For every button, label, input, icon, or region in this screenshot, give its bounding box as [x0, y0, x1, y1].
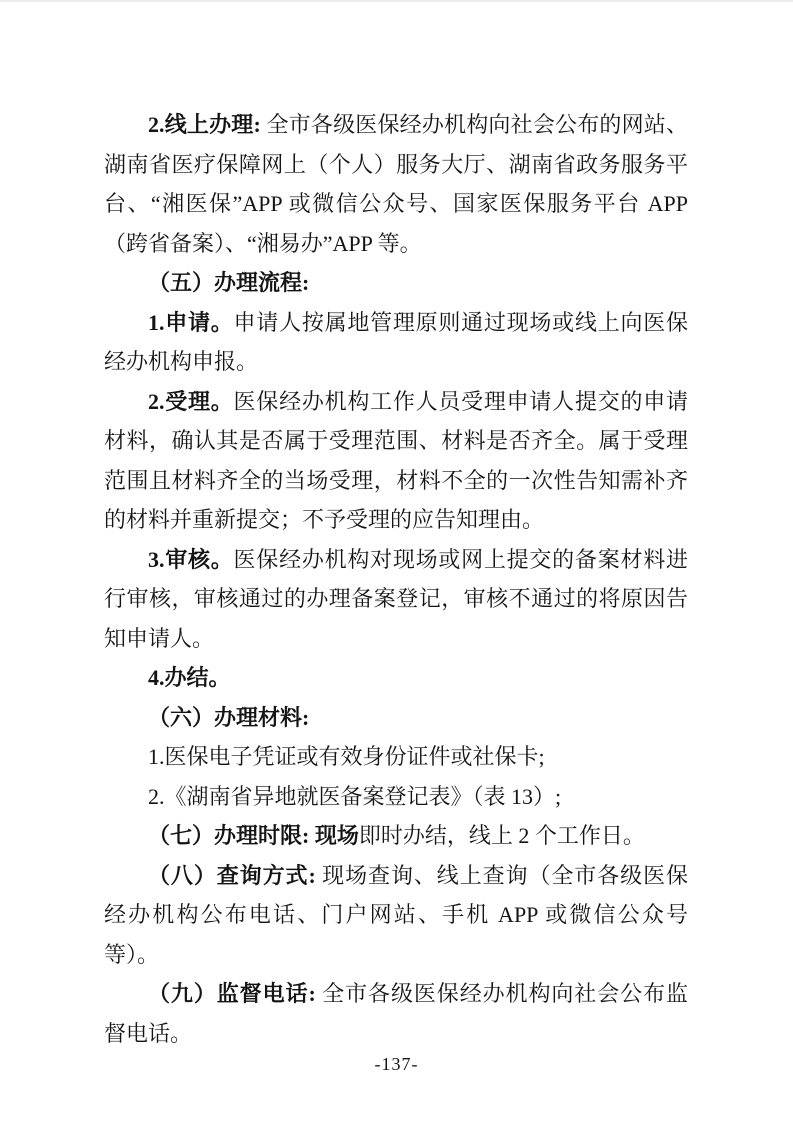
- heading-processing-flow: （五）办理流程:: [104, 263, 688, 303]
- para-time-limit-text: 即时办结，线上 2 个工作日。: [359, 823, 645, 848]
- heading-processing-materials: （六）办理材料:: [104, 698, 688, 738]
- para-inquiry-method: （八）查询方式: 现场查询、线上查询（全市各级医保经办机构公布电话、门户网站、手…: [104, 856, 688, 975]
- para-step-acceptance: 2.受理。医保经办机构工作人员受理申请人提交的申请材料，确认其是否属于受理范围、…: [104, 382, 688, 540]
- para-material-2: 2.《湖南省异地就医备案登记表》（表 13）;: [104, 777, 688, 817]
- para-online-processing-label: 2.线上办理:: [148, 112, 261, 137]
- para-supervision-phone: （九）监督电话: 全市各级医保经办机构向社会公布监督电话。: [104, 974, 688, 1053]
- page-number: -137-: [0, 1054, 793, 1075]
- para-step-application-label: 1.申请。: [148, 310, 234, 335]
- document-body: 2.线上办理: 全市各级医保经办机构向社会公布的网站、湖南省医疗保障网上（个人）…: [104, 105, 688, 1053]
- para-online-processing: 2.线上办理: 全市各级医保经办机构向社会公布的网站、湖南省医疗保障网上（个人）…: [104, 105, 688, 263]
- heading-processing-materials-text: （六）办理材料:: [148, 705, 309, 730]
- para-time-limit: （七）办理时限: 现场即时办结，线上 2 个工作日。: [104, 816, 688, 856]
- heading-processing-flow-text: （五）办理流程:: [148, 270, 309, 295]
- para-step-review-label: 3.审核。: [148, 547, 234, 572]
- para-step-application: 1.申请。申请人按属地管理原则通过现场或线上向医保经办机构申报。: [104, 303, 688, 382]
- document-page: 2.线上办理: 全市各级医保经办机构向社会公布的网站、湖南省医疗保障网上（个人）…: [0, 0, 793, 1122]
- para-supervision-phone-label: （九）监督电话:: [148, 981, 316, 1006]
- para-step-acceptance-label: 2.受理。: [148, 389, 234, 414]
- para-time-limit-label: （七）办理时限: 现场: [148, 823, 359, 848]
- para-material-1: 1.医保电子凭证或有效身份证件或社保卡;: [104, 737, 688, 777]
- para-step-review: 3.审核。医保经办机构对现场或网上提交的备案材料进行审核，审核通过的办理备案登记…: [104, 540, 688, 659]
- para-material-1-text: 1.医保电子凭证或有效身份证件或社保卡;: [148, 744, 545, 769]
- para-inquiry-method-label: （八）查询方式:: [148, 863, 316, 888]
- para-material-2-text: 2.《湖南省异地就医备案登记表》（表 13）;: [148, 784, 561, 809]
- para-step-completion-text: 4.办结。: [148, 665, 231, 690]
- para-step-completion: 4.办结。: [104, 658, 688, 698]
